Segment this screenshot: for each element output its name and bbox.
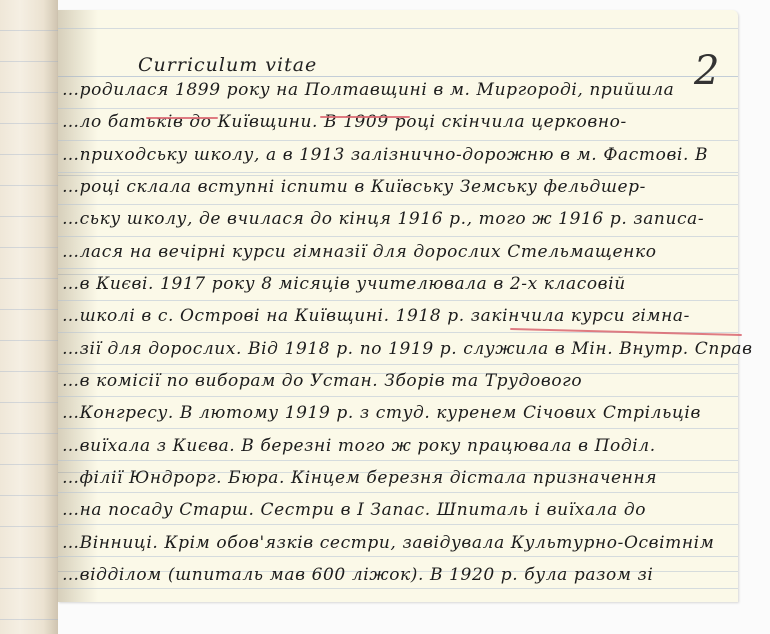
curled-page-edge [0,0,58,634]
text-line-6: …лася на вечірні курси гімназії для доро… [62,242,657,262]
text-line-3: …приходську школу, а в 1913 залізнично-д… [62,145,708,165]
text-line-14: …на посаду Старш. Сестри в I Запас. Шпит… [62,500,646,520]
red-underline-region [320,116,410,118]
document-title: Curriculum vitae [138,54,317,76]
text-line-16: …відділом (шпиталь мав 600 ліжок). В 192… [62,565,653,585]
text-line-15: …Вінниці. Крім обов'язків сестри, завіду… [62,533,714,553]
text-line-4: …році склала вступні іспити в Київську З… [62,177,646,197]
text-line-1: …родилася 1899 року на Полтавщині в м. М… [62,80,674,100]
text-line-12: …виїхала з Києва. В березні того ж року … [62,436,656,456]
text-line-2: …ло батьків до Київщини. В 1909 році скі… [62,112,627,132]
red-underline-year [146,117,218,119]
handwritten-page: Curriculum vitae 2 …родилася 1899 року н… [58,10,738,602]
text-line-13: …філії Юндрорг. Бюра. Кінцем березня діс… [62,468,657,488]
text-line-5: …ську школу, де вчилася до кінця 1916 р.… [62,209,704,229]
text-line-10: …в комісії по виборам до Устан. Зборів т… [62,371,582,391]
text-line-8: …школі в с. Острові на Київщині. 1918 р.… [62,306,690,326]
text-line-11: …Конгресу. В лютому 1919 р. з студ. куре… [62,403,701,423]
text-line-9: …зії для дорослих. Від 1918 р. по 1919 р… [62,339,753,359]
text-line-7: …в Києві. 1917 року 8 місяців учителювал… [62,274,626,294]
page-number: 2 [694,48,719,94]
